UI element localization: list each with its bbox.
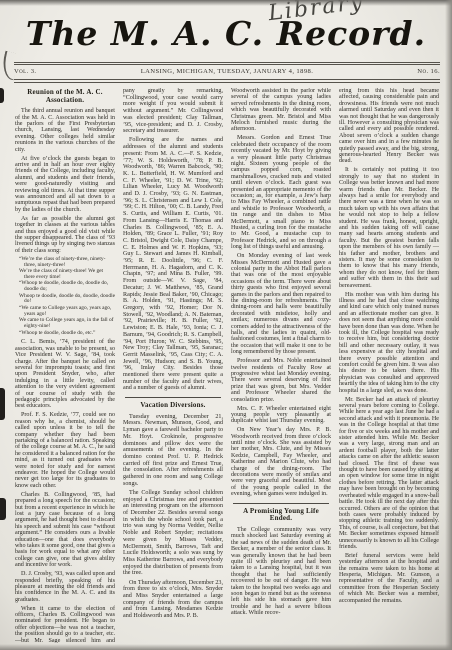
section-divider: [125, 397, 221, 398]
article-heading: A Promising Young Life Ended.: [231, 508, 331, 523]
paragraph: Charles B. Collingwood, ’85, had prepare…: [15, 492, 115, 569]
masthead-title: The M. A. C. Record.: [0, 14, 452, 53]
dateline-rule: [14, 79, 440, 83]
volume-label: Vol. 3.: [14, 68, 84, 75]
paragraph: Following are the names and addresses of…: [123, 137, 223, 392]
paragraph: The College Sunday school children enjoy…: [123, 490, 223, 577]
paragraph: Tuesday evening, December 21, Messrs. Ne…: [123, 414, 223, 488]
paragraph: Woodworth assisted in the parlor while s…: [231, 88, 331, 133]
paragraph: The College community was very much shoc…: [231, 527, 331, 617]
song-line: “We’re the class of ninety-three, ninety…: [17, 257, 115, 269]
paragraph: On New Year’s day Mrs. P. B. Woodworth r…: [231, 427, 331, 497]
newspaper-page: Library The M. A. C. Record. Vol. 3. LAN…: [0, 0, 452, 650]
paragraph: At five o’clock the guests began to arri…: [15, 156, 115, 214]
article-heading: Reunion of the M. A. C. Association.: [15, 89, 115, 104]
song-line: “Whoop te doodle, doodle do, doodle do, …: [17, 281, 115, 293]
article-columns: Reunion of the M. A. C. Association. The…: [15, 88, 439, 643]
spine-mark: [0, 498, 6, 520]
dateline-center: LANSING, MICHIGAN, TUESDAY, JANUARY 4, 1…: [84, 68, 370, 75]
paragraph: Prof. F. S. Kedzie, ’77, could see no re…: [15, 412, 115, 489]
class-song: “We’re the class of ninety-three, ninety…: [17, 257, 115, 337]
scan-edge-right: [445, 0, 452, 650]
paragraph: As far as possible the alumni got togeth…: [15, 216, 115, 254]
paragraph: Mr. Becker had an attack of pleurisy sev…: [339, 397, 439, 551]
section-divider: [233, 503, 329, 504]
scan-edge-top: [0, 0, 452, 6]
paragraph: C. L. Bemis, ’74, president of the assoc…: [15, 339, 115, 409]
column-2: pany greatly by remarking, “Collingwood,…: [123, 88, 223, 643]
paragraph: It is certainly not putting it too stron…: [339, 167, 439, 289]
column-1: Reunion of the M. A. C. Association. The…: [15, 88, 115, 643]
paragraph: Brief funeral services were held yesterd…: [339, 553, 439, 604]
paragraph: His mother was with him during his illne…: [339, 292, 439, 395]
paragraph: When it came to the election of officers…: [15, 606, 115, 643]
paragraph: Messrs. Gordon and Ernest True celebrate…: [231, 135, 331, 250]
paragraph: ering from this his head became affected…: [339, 88, 439, 165]
masthead-rule: [14, 62, 440, 65]
song-line: “We came to College years ago, years ago…: [17, 306, 115, 318]
paragraph: Professor and Mrs. Noble entertained twe…: [231, 358, 331, 403]
paragraph: D. J. Crosby, ’93, was called upon and r…: [15, 571, 115, 603]
song-line: We came to College years ago, in the fal…: [17, 318, 115, 330]
song-line: We’re the class of ninety-three! We get …: [17, 269, 115, 281]
song-line: “Whoop te doodle, doodle do, etc.”: [17, 331, 115, 337]
scan-edge-bottom: [0, 644, 452, 650]
paragraph: On Monday evening of last week Misses Mc…: [231, 253, 331, 356]
dateline: Vol. 3. LANSING, MICHIGAN, TUESDAY, JANU…: [14, 66, 440, 77]
article-heading: Vacation Diversions.: [123, 402, 223, 410]
spine-mark: [0, 388, 5, 420]
column-3: Woodworth assisted in the parlor while s…: [231, 88, 331, 643]
spine-mark: [0, 88, 4, 103]
paragraph: The third annual reunion and banquet of …: [15, 108, 115, 153]
paragraph: Mrs. C. F. Wheeler entertained eight you…: [231, 406, 331, 425]
column-4: ering from this his head became affected…: [339, 88, 439, 643]
issue-number: No. 16.: [370, 68, 440, 75]
paragraph: On Thursday afternoon, December 23, from…: [123, 580, 223, 620]
song-line: Whoop te doodle, doodle do, doodle, dood…: [17, 294, 115, 306]
paragraph: pany greatly by remarking, “Collingwood,…: [123, 88, 223, 135]
